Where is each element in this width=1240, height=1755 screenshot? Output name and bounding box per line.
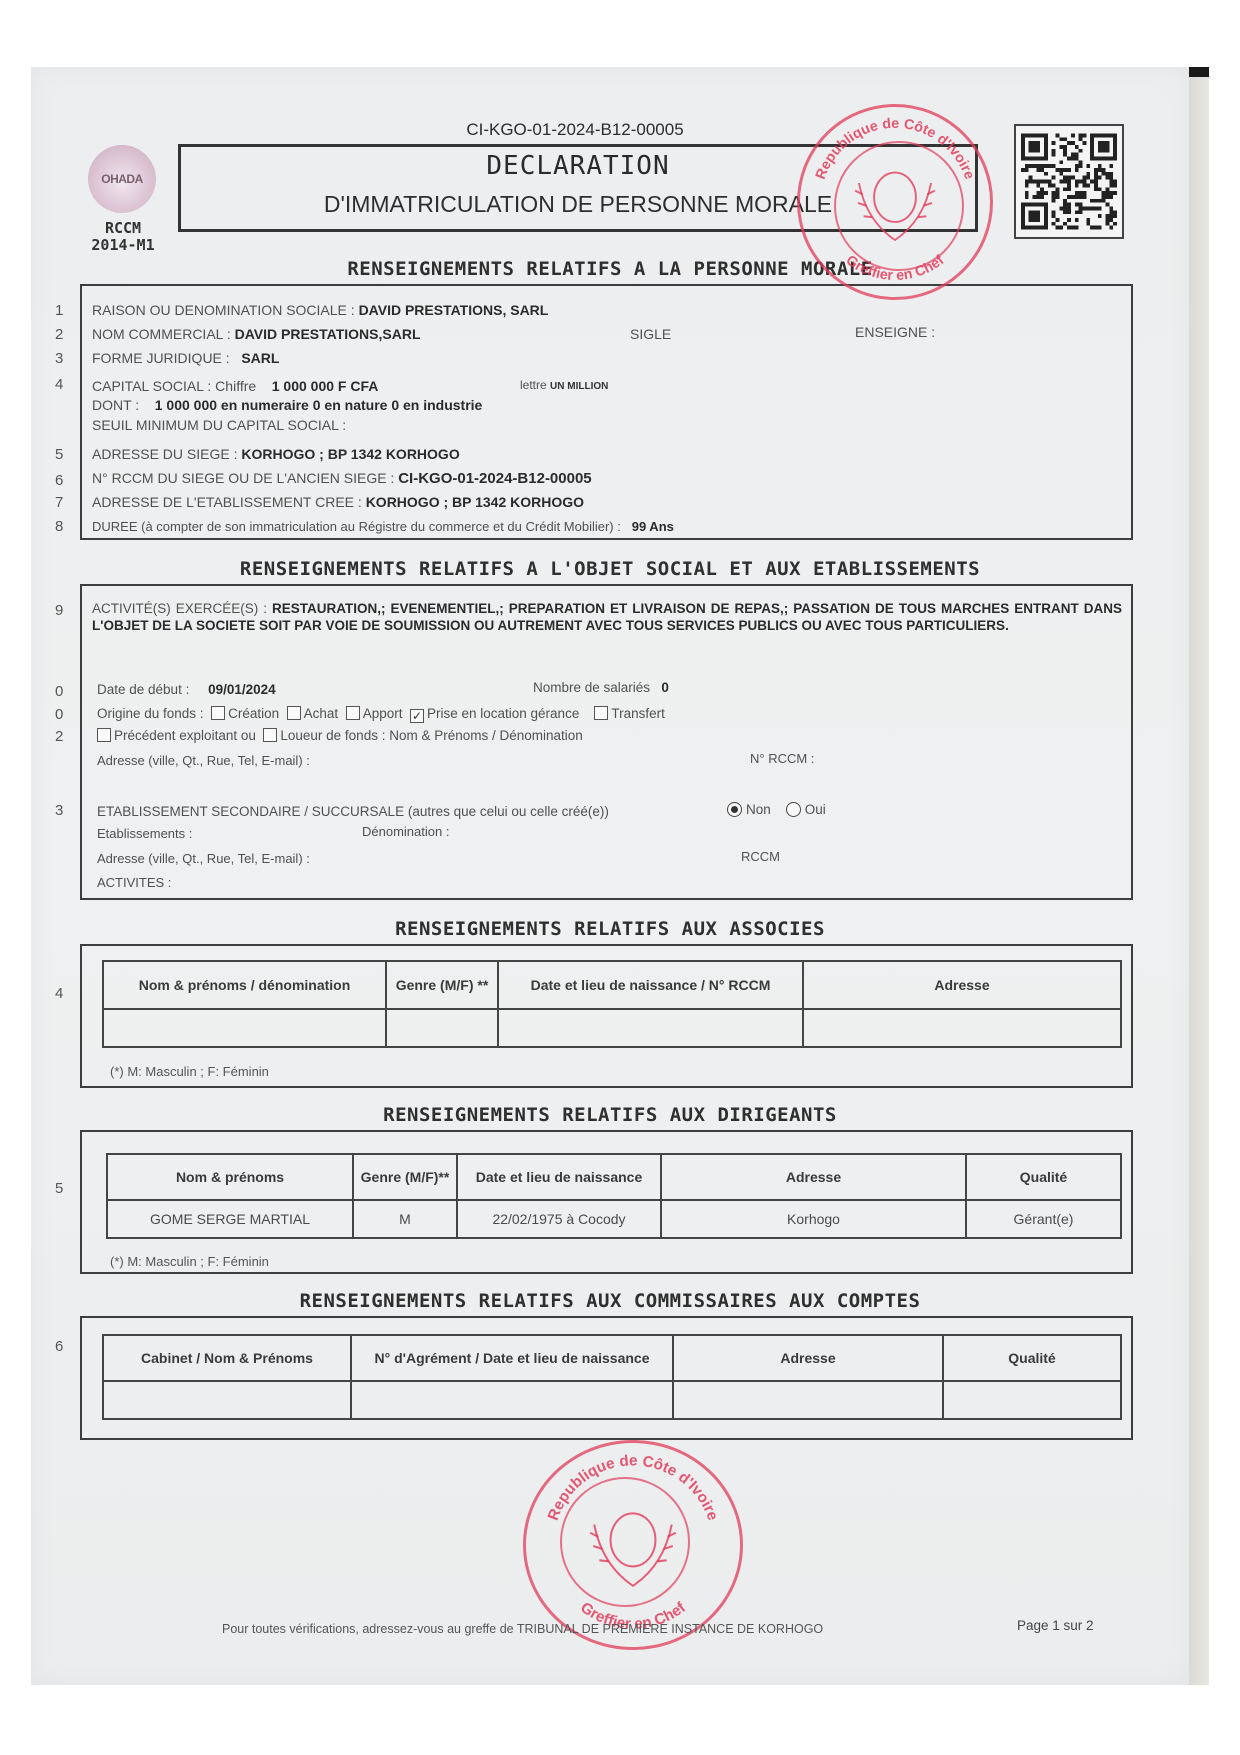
column-header: Qualité xyxy=(966,1154,1121,1200)
qr-code-icon xyxy=(1014,124,1124,239)
field-label: Précédent exploitant ou xyxy=(114,728,256,743)
row-number: 2 xyxy=(55,326,63,343)
origine-fonds-checkbox[interactable] xyxy=(346,706,360,720)
origine-fonds-checkbox[interactable]: ✓ xyxy=(410,709,424,723)
form-code-line2: 2014-M1 xyxy=(78,237,168,254)
adresse-loueur-label: Adresse (ville, Qt., Rue, Tel, E-mail) : xyxy=(97,753,310,768)
adresse-etablissement-field: ADRESSE DE L'ETABLISSEMENT CREE : KORHOG… xyxy=(92,494,584,510)
table-cell xyxy=(673,1381,943,1419)
genre-note: (*) M: Masculin ; F: Féminin xyxy=(110,1064,269,1079)
etablissement-secondaire-options: Non Oui xyxy=(727,802,826,817)
logo-text: OHADA xyxy=(101,172,143,186)
table-cell xyxy=(103,1009,386,1047)
row-number: 4 xyxy=(55,376,63,393)
section-title-associes: RENSEIGNEMENTS RELATIFS AUX ASSOCIES xyxy=(80,918,1140,940)
checkbox-label: Transfert xyxy=(611,706,665,721)
table-cell xyxy=(943,1381,1121,1419)
column-header: N° d'Agrément / Date et lieu de naissanc… xyxy=(351,1335,673,1381)
row-number: 0 xyxy=(55,706,63,723)
ohada-logo: OHADA xyxy=(88,145,156,213)
table-row xyxy=(103,1381,1121,1419)
table-cell: GOME SERGE MARTIAL xyxy=(107,1200,353,1238)
row-number: 3 xyxy=(55,802,63,819)
adresse-siege-value: KORHOGO ; BP 1342 KORHOGO xyxy=(241,446,459,462)
precedent-exploitant-checkbox[interactable] xyxy=(97,728,111,742)
field-label: DUREE (à compter de son immatriculation … xyxy=(92,519,621,534)
field-label: CAPITAL SOCIAL : Chiffre xyxy=(92,378,256,394)
column-header: Date et lieu de naissance / N° RCCM xyxy=(498,961,803,1009)
etablissements-label: Etablissements : xyxy=(97,826,192,841)
capital-lettre-field: lettre UN MILLION xyxy=(520,378,608,392)
raison-sociale-field: RAISON OU DENOMINATION SOCIALE : DAVID P… xyxy=(92,302,548,318)
row-number: 2 xyxy=(55,728,63,745)
associes-table: Nom & prénoms / dénominationGenre (M/F) … xyxy=(102,960,1122,1048)
column-header: Cabinet / Nom & Prénoms xyxy=(103,1335,351,1381)
checkbox-label: Achat xyxy=(304,706,339,721)
verification-note: Pour toutes vérifications, adressez-vous… xyxy=(222,1622,823,1636)
radio-oui-label: Oui xyxy=(805,802,826,817)
column-header: Adresse xyxy=(661,1154,966,1200)
field-label: RAISON OU DENOMINATION SOCIALE : xyxy=(92,302,359,318)
table-cell xyxy=(386,1009,498,1047)
row-number: 1 xyxy=(55,302,63,319)
enseigne-label: ENSEIGNE : xyxy=(855,324,935,340)
field-label: ADRESSE DE L'ETABLISSEMENT CREE : xyxy=(92,494,366,510)
adresse-etablissement-value: KORHOGO ; BP 1342 KORHOGO xyxy=(366,494,584,510)
official-stamp-bottom xyxy=(523,1440,743,1650)
column-header: Qualité xyxy=(943,1335,1121,1381)
row-number: 7 xyxy=(55,494,63,511)
seuil-minimum-label: SEUIL MINIMUM DU CAPITAL SOCIAL : xyxy=(92,417,346,433)
rccm-loueur-label: N° RCCM : xyxy=(750,751,814,766)
precedent-exploitant-field: Précédent exploitant ou Loueur de fonds … xyxy=(97,728,583,743)
field-label: NOM COMMERCIAL : xyxy=(92,326,235,342)
date-debut-field: Date de début : 09/01/2024 xyxy=(97,682,276,697)
official-stamp-top xyxy=(797,104,993,300)
column-header: Genre (M/F)** xyxy=(353,1154,457,1200)
rccm-secondaire-label: RCCM xyxy=(741,849,780,864)
column-header: Adresse xyxy=(803,961,1121,1009)
column-header: Nom & prénoms / dénomination xyxy=(103,961,386,1009)
checkbox-label: Apport xyxy=(363,706,403,721)
forme-juridique-value: SARL xyxy=(241,350,279,366)
origine-fonds-options: Création Achat Apport ✓Prise en location… xyxy=(211,706,672,721)
form-code-line1: RCCM xyxy=(78,220,168,237)
capital-lettre-value: UN MILLION xyxy=(550,381,608,392)
table-cell xyxy=(498,1009,803,1047)
table-cell xyxy=(803,1009,1121,1047)
radio-non-label: Non xyxy=(746,802,771,817)
column-header: Nom & prénoms xyxy=(107,1154,353,1200)
raison-sociale-value: DAVID PRESTATIONS, SARL xyxy=(359,302,549,318)
dont-field: DONT : 1 000 000 en numeraire 0 en natur… xyxy=(92,397,482,413)
capital-social-field: CAPITAL SOCIAL : Chiffre 1 000 000 F CFA xyxy=(92,378,378,394)
field-label: Date de début : xyxy=(97,682,189,697)
page-edge xyxy=(1189,67,1209,1685)
sigle-label: SIGLE xyxy=(630,326,671,342)
rccm-siege-value: CI-KGO-01-2024-B12-00005 xyxy=(398,470,591,487)
row-number: 6 xyxy=(55,472,63,489)
row-number: 3 xyxy=(55,350,63,367)
field-label: ACTIVITÉ(S) EXERCÉE(S) : xyxy=(92,601,272,616)
field-label: lettre xyxy=(520,378,547,392)
radio-oui[interactable] xyxy=(786,802,801,817)
table-cell xyxy=(351,1381,673,1419)
nombre-salaries-field: Nombre de salariés 0 xyxy=(533,680,669,695)
dirigeants-table: Nom & prénomsGenre (M/F)**Date et lieu d… xyxy=(106,1153,1122,1239)
field-label: FORME JURIDIQUE : xyxy=(92,350,234,366)
table-cell: Korhogo xyxy=(661,1200,966,1238)
field-label: DONT : xyxy=(92,397,143,413)
loueur-fonds-checkbox[interactable] xyxy=(263,728,277,742)
origine-fonds-checkbox[interactable] xyxy=(287,706,301,720)
adresse-siege-field: ADRESSE DU SIEGE : KORHOGO ; BP 1342 KOR… xyxy=(92,446,460,462)
document-number: CI-KGO-01-2024-B12-00005 xyxy=(400,120,750,140)
radio-non[interactable] xyxy=(727,802,742,817)
origine-fonds-field: Origine du fonds : Création Achat Apport… xyxy=(97,706,672,723)
page-indicator: Page 1 sur 2 xyxy=(1017,1618,1094,1633)
nom-commercial-value: DAVID PRESTATIONS,SARL xyxy=(235,326,421,342)
checkbox-label: Création xyxy=(228,706,279,721)
table-cell xyxy=(103,1381,351,1419)
activites-secondaire-label: ACTIVITES : xyxy=(97,875,171,890)
column-header: Adresse xyxy=(673,1335,943,1381)
field-label: Loueur de fonds : Nom & Prénoms / Dénomi… xyxy=(280,728,582,743)
section-title-objet-social: RENSEIGNEMENTS RELATIFS A L'OBJET SOCIAL… xyxy=(80,558,1140,580)
row-number: 4 xyxy=(55,985,63,1002)
activites-field: ACTIVITÉ(S) EXERCÉE(S) : RESTAURATION,; … xyxy=(92,600,1122,634)
section-title-commissaires: RENSEIGNEMENTS RELATIFS AUX COMMISSAIRES… xyxy=(80,1290,1140,1312)
duree-value: 99 Ans xyxy=(632,519,674,534)
adresse-secondaire-label: Adresse (ville, Qt., Rue, Tel, E-mail) : xyxy=(97,851,310,866)
nom-commercial-field: NOM COMMERCIAL : DAVID PRESTATIONS,SARL xyxy=(92,326,421,342)
denomination-label: Dénomination : xyxy=(362,824,449,839)
field-label: N° RCCM DU SIEGE OU DE L'ANCIEN SIEGE : xyxy=(92,470,398,486)
nombre-salaries-value: 0 xyxy=(661,680,669,695)
row-number: 6 xyxy=(55,1338,63,1355)
forme-juridique-field: FORME JURIDIQUE : SARL xyxy=(92,350,279,366)
rccm-siege-field: N° RCCM DU SIEGE OU DE L'ANCIEN SIEGE : … xyxy=(92,470,592,487)
row-number: 5 xyxy=(55,446,63,463)
row-number: 5 xyxy=(55,1180,63,1197)
row-number: 8 xyxy=(55,518,63,535)
duree-field: DUREE (à compter de son immatriculation … xyxy=(92,519,674,534)
capital-chiffre-value: 1 000 000 F CFA xyxy=(272,378,379,394)
column-header: Date et lieu de naissance xyxy=(457,1154,661,1200)
origine-fonds-checkbox[interactable] xyxy=(594,706,608,720)
genre-note: (*) M: Masculin ; F: Féminin xyxy=(110,1254,269,1269)
origine-fonds-checkbox[interactable] xyxy=(211,706,225,720)
table-cell: Gérant(e) xyxy=(966,1200,1121,1238)
row-number: 9 xyxy=(55,602,63,619)
form-code: RCCM 2014-M1 xyxy=(78,220,168,254)
table-row: GOME SERGE MARTIALM22/02/1975 à CocodyKo… xyxy=(107,1200,1121,1238)
table-cell: 22/02/1975 à Cocody xyxy=(457,1200,661,1238)
row-number: 0 xyxy=(55,683,63,700)
date-debut-value: 09/01/2024 xyxy=(208,682,276,697)
table-row xyxy=(103,1009,1121,1047)
column-header: Genre (M/F) ** xyxy=(386,961,498,1009)
field-label: Origine du fonds : xyxy=(97,706,204,721)
field-label: Nombre de salariés xyxy=(533,680,650,695)
section-title-dirigeants: RENSEIGNEMENTS RELATIFS AUX DIRIGEANTS xyxy=(80,1104,1140,1126)
table-cell: M xyxy=(353,1200,457,1238)
dont-value: 1 000 000 en numeraire 0 en nature 0 en … xyxy=(155,397,483,413)
checkbox-label: Prise en location gérance xyxy=(427,706,579,721)
field-label: ADRESSE DU SIEGE : xyxy=(92,446,241,462)
etablissement-secondaire-label: ETABLISSEMENT SECONDAIRE / SUCCURSALE (a… xyxy=(97,804,609,819)
commissaires-table: Cabinet / Nom & PrénomsN° d'Agrément / D… xyxy=(102,1334,1122,1420)
